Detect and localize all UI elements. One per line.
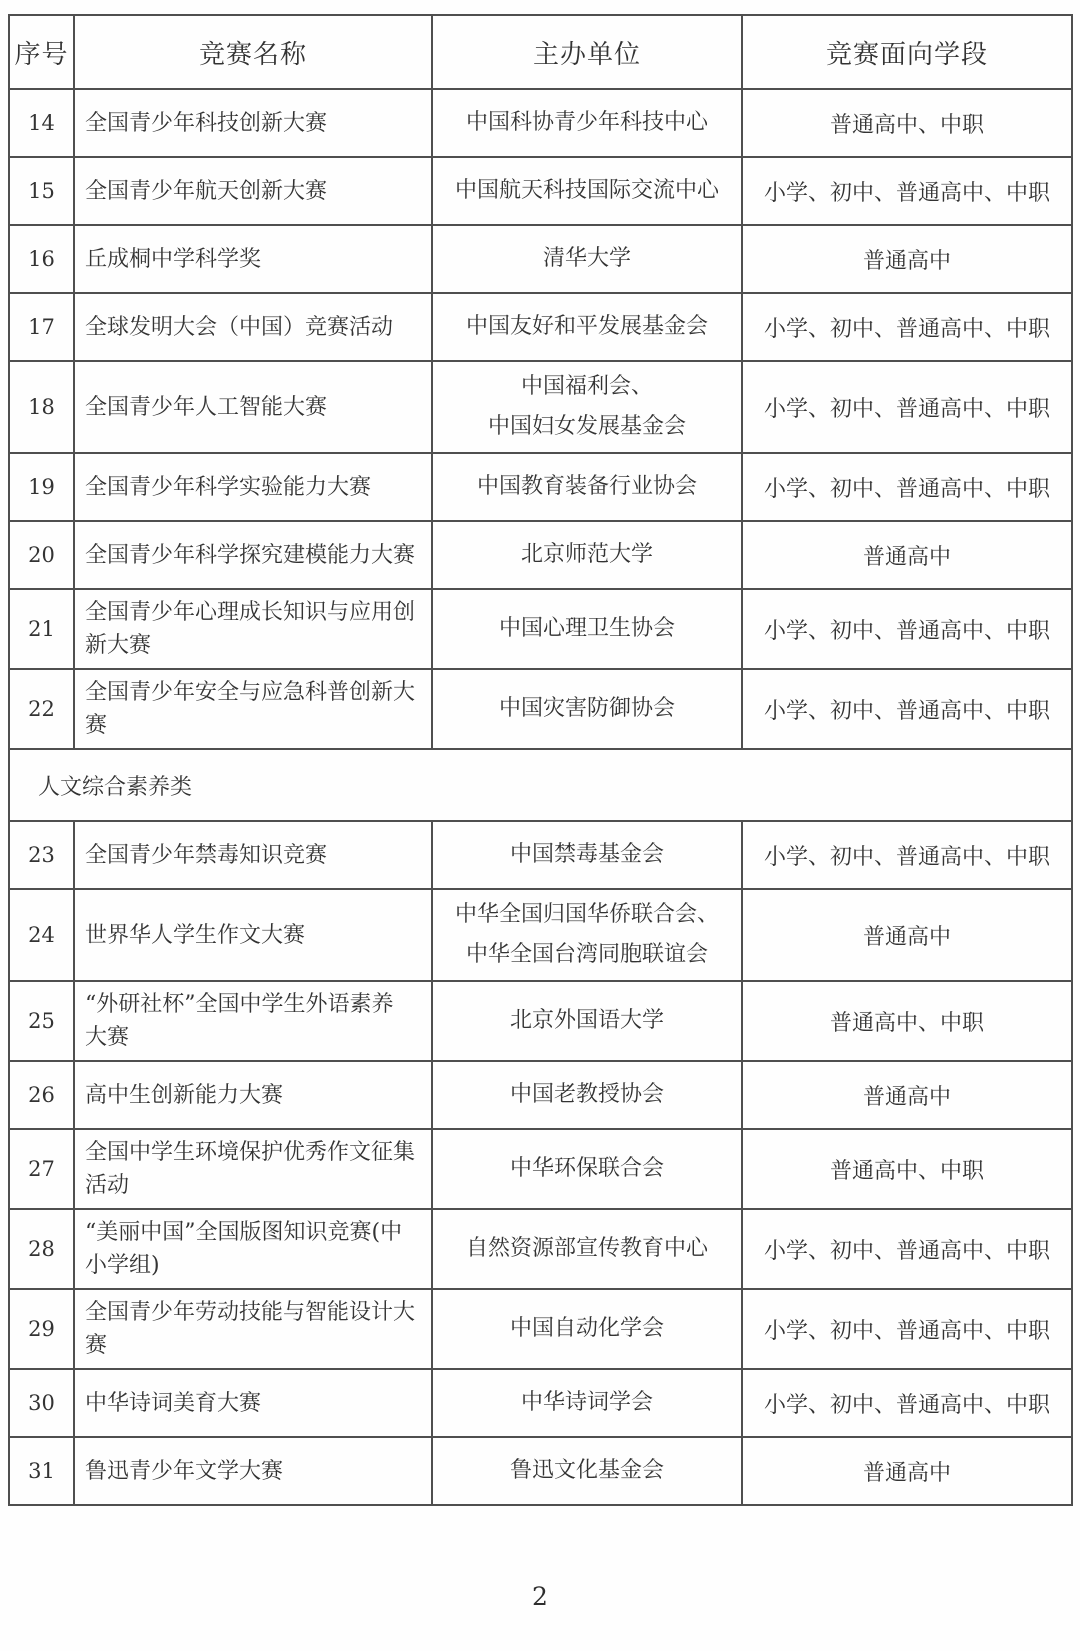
cell-org: 中国心理卫生协会 [432,589,742,669]
table-row: 29全国青少年劳动技能与智能设计大 赛中国自动化学会小学、初中、普通高中、中职 [9,1289,1072,1369]
table-row: 30中华诗词美育大赛中华诗词学会小学、初中、普通高中、中职 [9,1369,1072,1437]
col-header-name: 竞赛名称 [74,15,432,89]
table-row: 18全国青少年人工智能大赛中国福利会、 中国妇女发展基金会小学、初中、普通高中、… [9,361,1072,453]
cell-index: 29 [9,1289,74,1369]
cell-name: 全球发明大会（中国）竞赛活动 [74,293,432,361]
table-row: 17全球发明大会（中国）竞赛活动中国友好和平发展基金会小学、初中、普通高中、中职 [9,293,1072,361]
cell-stage: 小学、初中、普通高中、中职 [742,1209,1072,1289]
cell-stage: 普通高中 [742,225,1072,293]
cell-name: 全国青少年劳动技能与智能设计大 赛 [74,1289,432,1369]
cell-name: “美丽中国”全国版图知识竞赛(中 小学组) [74,1209,432,1289]
cell-index: 21 [9,589,74,669]
cell-org: 中华全国归国华侨联合会、 中华全国台湾同胞联谊会 [432,889,742,981]
cell-org: 中国灾害防御协会 [432,669,742,749]
page-number: 2 [0,1582,1080,1611]
cell-index: 23 [9,821,74,889]
cell-index: 16 [9,225,74,293]
cell-index: 20 [9,521,74,589]
cell-stage: 普通高中 [742,1061,1072,1129]
table-row: 25“外研社杯”全国中学生外语素养 大赛北京外国语大学普通高中、中职 [9,981,1072,1061]
table-row: 21全国青少年心理成长知识与应用创 新大赛中国心理卫生协会小学、初中、普通高中、… [9,589,1072,669]
cell-org: 中国老教授协会 [432,1061,742,1129]
cell-name: 全国青少年科技创新大赛 [74,89,432,157]
table-row: 16丘成桐中学科学奖清华大学普通高中 [9,225,1072,293]
cell-stage: 小学、初中、普通高中、中职 [742,1289,1072,1369]
cell-stage: 小学、初中、普通高中、中职 [742,1369,1072,1437]
cell-org: 中国禁毒基金会 [432,821,742,889]
competition-table: 序号 竞赛名称 主办单位 竞赛面向学段 14全国青少年科技创新大赛中国科协青少年… [8,14,1073,1506]
cell-index: 18 [9,361,74,453]
cell-org: 中国福利会、 中国妇女发展基金会 [432,361,742,453]
cell-stage: 普通高中、中职 [742,1129,1072,1209]
cell-stage: 普通高中 [742,521,1072,589]
cell-org: 中华环保联合会 [432,1129,742,1209]
cell-index: 27 [9,1129,74,1209]
table-row: 15全国青少年航天创新大赛中国航天科技国际交流中心小学、初中、普通高中、中职 [9,157,1072,225]
section-label: 人文综合素养类 [9,749,1072,821]
cell-org: 自然资源部宣传教育中心 [432,1209,742,1289]
cell-stage: 普通高中、中职 [742,981,1072,1061]
cell-org: 北京外国语大学 [432,981,742,1061]
cell-name: 全国青少年禁毒知识竞赛 [74,821,432,889]
cell-stage: 普通高中 [742,889,1072,981]
cell-name: 高中生创新能力大赛 [74,1061,432,1129]
cell-org: 中华诗词学会 [432,1369,742,1437]
table-row: 14全国青少年科技创新大赛中国科协青少年科技中心普通高中、中职 [9,89,1072,157]
cell-name: 世界华人学生作文大赛 [74,889,432,981]
cell-index: 17 [9,293,74,361]
cell-index: 25 [9,981,74,1061]
table-row: 28“美丽中国”全国版图知识竞赛(中 小学组)自然资源部宣传教育中心小学、初中、… [9,1209,1072,1289]
cell-org: 中国航天科技国际交流中心 [432,157,742,225]
section-row: 人文综合素养类 [9,749,1072,821]
cell-name: 全国青少年人工智能大赛 [74,361,432,453]
cell-stage: 普通高中 [742,1437,1072,1505]
cell-name: 全国青少年安全与应急科普创新大 赛 [74,669,432,749]
cell-name: 全国青少年航天创新大赛 [74,157,432,225]
cell-name: 全国青少年科学探究建模能力大赛 [74,521,432,589]
cell-name: 全国青少年科学实验能力大赛 [74,453,432,521]
table-row: 20全国青少年科学探究建模能力大赛北京师范大学普通高中 [9,521,1072,589]
cell-stage: 小学、初中、普通高中、中职 [742,589,1072,669]
cell-name: 中华诗词美育大赛 [74,1369,432,1437]
col-header-stage: 竞赛面向学段 [742,15,1072,89]
cell-org: 鲁迅文化基金会 [432,1437,742,1505]
cell-org: 北京师范大学 [432,521,742,589]
document-page: 序号 竞赛名称 主办单位 竞赛面向学段 14全国青少年科技创新大赛中国科协青少年… [0,0,1080,1651]
cell-index: 26 [9,1061,74,1129]
cell-stage: 小学、初中、普通高中、中职 [742,361,1072,453]
table-row: 19全国青少年科学实验能力大赛中国教育装备行业协会小学、初中、普通高中、中职 [9,453,1072,521]
cell-index: 19 [9,453,74,521]
col-header-organizer: 主办单位 [432,15,742,89]
cell-name: “外研社杯”全国中学生外语素养 大赛 [74,981,432,1061]
cell-name: 丘成桐中学科学奖 [74,225,432,293]
cell-index: 14 [9,89,74,157]
cell-name: 鲁迅青少年文学大赛 [74,1437,432,1505]
cell-org: 清华大学 [432,225,742,293]
table-row: 26高中生创新能力大赛中国老教授协会普通高中 [9,1061,1072,1129]
cell-org: 中国教育装备行业协会 [432,453,742,521]
cell-stage: 小学、初中、普通高中、中职 [742,669,1072,749]
cell-stage: 普通高中、中职 [742,89,1072,157]
cell-org: 中国友好和平发展基金会 [432,293,742,361]
cell-index: 31 [9,1437,74,1505]
cell-index: 22 [9,669,74,749]
cell-stage: 小学、初中、普通高中、中职 [742,157,1072,225]
cell-stage: 小学、初中、普通高中、中职 [742,453,1072,521]
cell-org: 中国科协青少年科技中心 [432,89,742,157]
cell-index: 30 [9,1369,74,1437]
table-row: 22全国青少年安全与应急科普创新大 赛中国灾害防御协会小学、初中、普通高中、中职 [9,669,1072,749]
cell-stage: 小学、初中、普通高中、中职 [742,821,1072,889]
table-row: 24世界华人学生作文大赛中华全国归国华侨联合会、 中华全国台湾同胞联谊会普通高中 [9,889,1072,981]
table-row: 23全国青少年禁毒知识竞赛中国禁毒基金会小学、初中、普通高中、中职 [9,821,1072,889]
cell-name: 全国青少年心理成长知识与应用创 新大赛 [74,589,432,669]
cell-name: 全国中学生环境保护优秀作文征集 活动 [74,1129,432,1209]
table-row: 27全国中学生环境保护优秀作文征集 活动中华环保联合会普通高中、中职 [9,1129,1072,1209]
cell-index: 15 [9,157,74,225]
header-row: 序号 竞赛名称 主办单位 竞赛面向学段 [9,15,1072,89]
cell-index: 28 [9,1209,74,1289]
cell-org: 中国自动化学会 [432,1289,742,1369]
table-row: 31鲁迅青少年文学大赛鲁迅文化基金会普通高中 [9,1437,1072,1505]
cell-index: 24 [9,889,74,981]
col-header-index: 序号 [9,15,74,89]
cell-stage: 小学、初中、普通高中、中职 [742,293,1072,361]
